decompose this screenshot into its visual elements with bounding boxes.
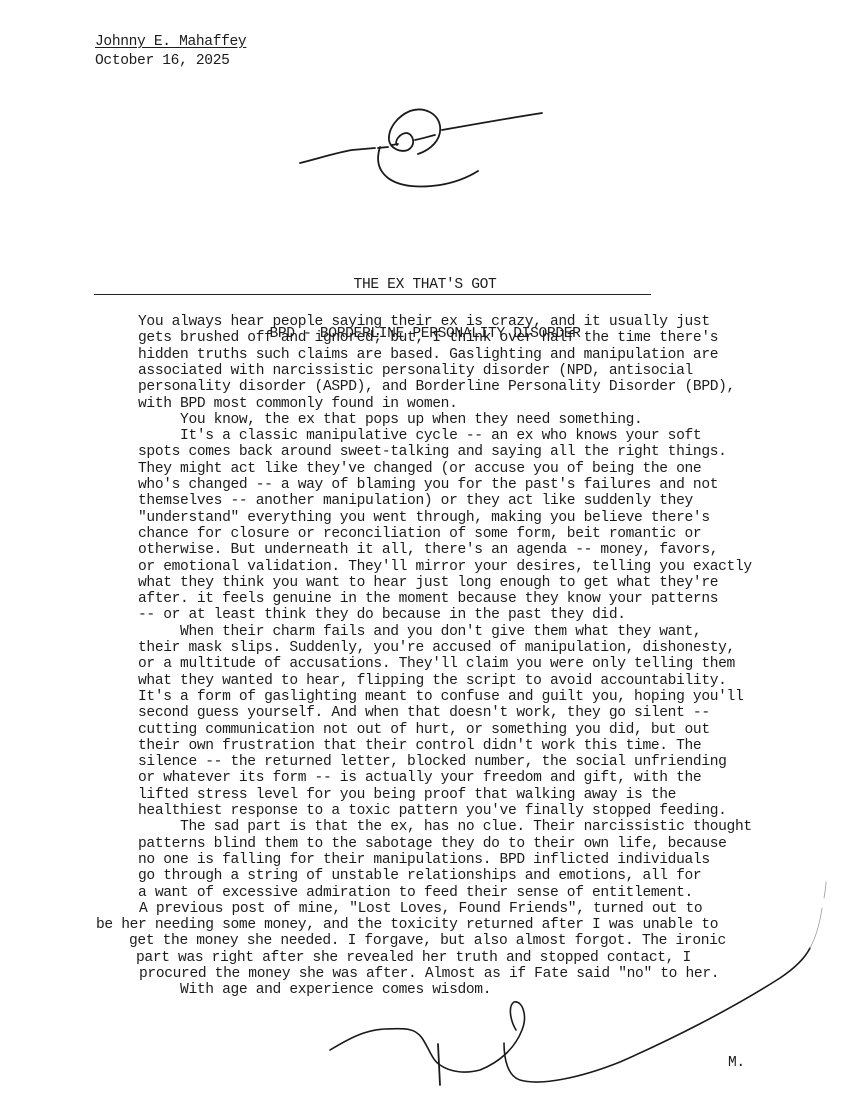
- body-line: healthiest response to a toxic pattern y…: [138, 803, 727, 819]
- title-divider: [94, 294, 651, 295]
- body-line: after. it feels genuine in the moment be…: [138, 591, 718, 607]
- body-line: otherwise. But underneath it all, there'…: [138, 542, 718, 558]
- body-line: associated with narcissistic personality…: [138, 363, 693, 379]
- body-line: "understand" everything you went through…: [138, 510, 710, 526]
- body-line: hidden truths such claims are based. Gas…: [138, 347, 718, 363]
- body-line: It's a classic manipulative cycle -- an …: [138, 428, 701, 444]
- body-line: their own frustration that their control…: [138, 738, 701, 754]
- signature-scrawl-icon: [290, 880, 850, 1112]
- signature-swirl-icon: [290, 100, 560, 200]
- body-line: The sad part is that the ex, has no clue…: [138, 819, 752, 835]
- body-line: no one is falling for their manipulation…: [138, 852, 710, 868]
- body-line: -- or at least think they do because in …: [138, 607, 626, 623]
- body-line: what they think you want to hear just lo…: [138, 575, 718, 591]
- body-line: who's changed -- a way of blaming you fo…: [138, 477, 718, 493]
- body-line: their mask slips. Suddenly, you're accus…: [138, 640, 735, 656]
- body-line: lifted stress level for you being proof …: [138, 787, 676, 803]
- body-line: what they wanted to hear, flipping the s…: [138, 673, 727, 689]
- body-line: You know, the ex that pops up when they …: [138, 412, 642, 428]
- body-line: cutting communication not out of hurt, o…: [138, 722, 710, 738]
- body-line: They might act like they've changed (or …: [138, 461, 701, 477]
- body-line: second guess yourself. And when that doe…: [138, 705, 710, 721]
- body-line: or whatever its form -- is actually your…: [138, 770, 701, 786]
- title-line-1: THE EX THAT'S GOT: [0, 277, 850, 294]
- body-line: gets brushed off and ignored; but, I thi…: [138, 330, 718, 346]
- body-line: or emotional validation. They'll mirror …: [138, 559, 752, 575]
- body-line: silence -- the returned letter, blocked …: [138, 754, 727, 770]
- author-name: Johnny E. Mahaffey: [95, 34, 246, 50]
- body-line: It's a form of gaslighting meant to conf…: [138, 689, 743, 705]
- body-line: with BPD most commonly found in women.: [138, 396, 458, 412]
- body-line: You always hear people saying their ex i…: [138, 314, 710, 330]
- body-line: themselves -- another manipulation) or t…: [138, 493, 693, 509]
- document-date: October 16, 2025: [95, 53, 230, 69]
- body-line: personality disorder (ASPD), and Borderl…: [138, 379, 735, 395]
- body-line: chance for closure or reconciliation of …: [138, 526, 701, 542]
- body-line: patterns blind them to the sabotage they…: [138, 836, 727, 852]
- body-line: When their charm fails and you don't giv…: [138, 624, 701, 640]
- body-line: spots comes back around sweet-talking an…: [138, 444, 727, 460]
- body-line: or a multitude of accusations. They'll c…: [138, 656, 735, 672]
